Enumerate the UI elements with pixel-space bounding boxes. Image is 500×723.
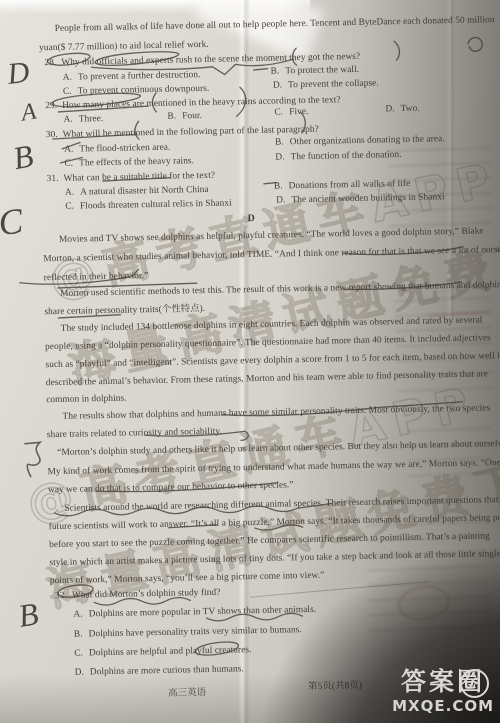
bracket-close-q29 <box>236 87 246 116</box>
logo-circle <box>460 669 489 698</box>
underline-big-puzzle <box>169 525 217 528</box>
underline-compare-behavior <box>96 483 278 493</box>
paren-open-q28 <box>292 48 296 65</box>
overline-the-study <box>58 315 120 318</box>
circle-q29 <box>52 93 141 107</box>
exam-paper-photo: @高考直通车APP 海量高清试题免费下载 @高考直通车APP 海量高清试题免费下… <box>0 0 500 723</box>
strike-q30-c <box>60 157 82 162</box>
dash-before-b31 <box>264 183 277 184</box>
circle-why-did <box>47 53 90 65</box>
paren-close-q30 <box>300 112 305 133</box>
line-morton-methods <box>58 283 197 288</box>
wavy-scientists <box>54 504 331 517</box>
circle-creatures <box>195 642 239 656</box>
paren-close-q28 <box>394 41 400 60</box>
wavy-morton-says <box>255 525 303 530</box>
paren-open-q30 <box>135 121 139 139</box>
wavy-q32-stem <box>94 597 190 605</box>
underline-q30-stem <box>53 134 137 139</box>
circle-officials-experts <box>95 51 179 65</box>
underline-q28-stem <box>91 59 293 77</box>
faint-line-q32 <box>250 582 430 598</box>
underline-ourselves <box>343 247 463 255</box>
underline-q31-stem <box>103 178 170 181</box>
underline-reflected <box>20 269 139 284</box>
underline-similar-traits <box>222 402 462 417</box>
wavy-q32-option-a <box>207 613 303 621</box>
underline-new-report <box>344 282 462 290</box>
handwritten-pen-marks <box>0 0 500 723</box>
logo-name: 答案圈 <box>401 667 485 697</box>
printed-page-content: People from all walks of life have done … <box>0 0 500 723</box>
bracket-open-q29 <box>152 93 156 112</box>
circle-what-q32 <box>58 585 93 598</box>
hook-top-right <box>468 37 482 51</box>
logo-site-url: MXQE.COM <box>392 697 494 715</box>
dash-before-b28 <box>254 69 268 70</box>
answer-site-logo: 答案圈 MXQE.COM <box>392 667 494 715</box>
underline-curiosity <box>145 431 249 442</box>
strike-q30-a <box>62 142 80 148</box>
margin-squiggle <box>25 442 41 476</box>
